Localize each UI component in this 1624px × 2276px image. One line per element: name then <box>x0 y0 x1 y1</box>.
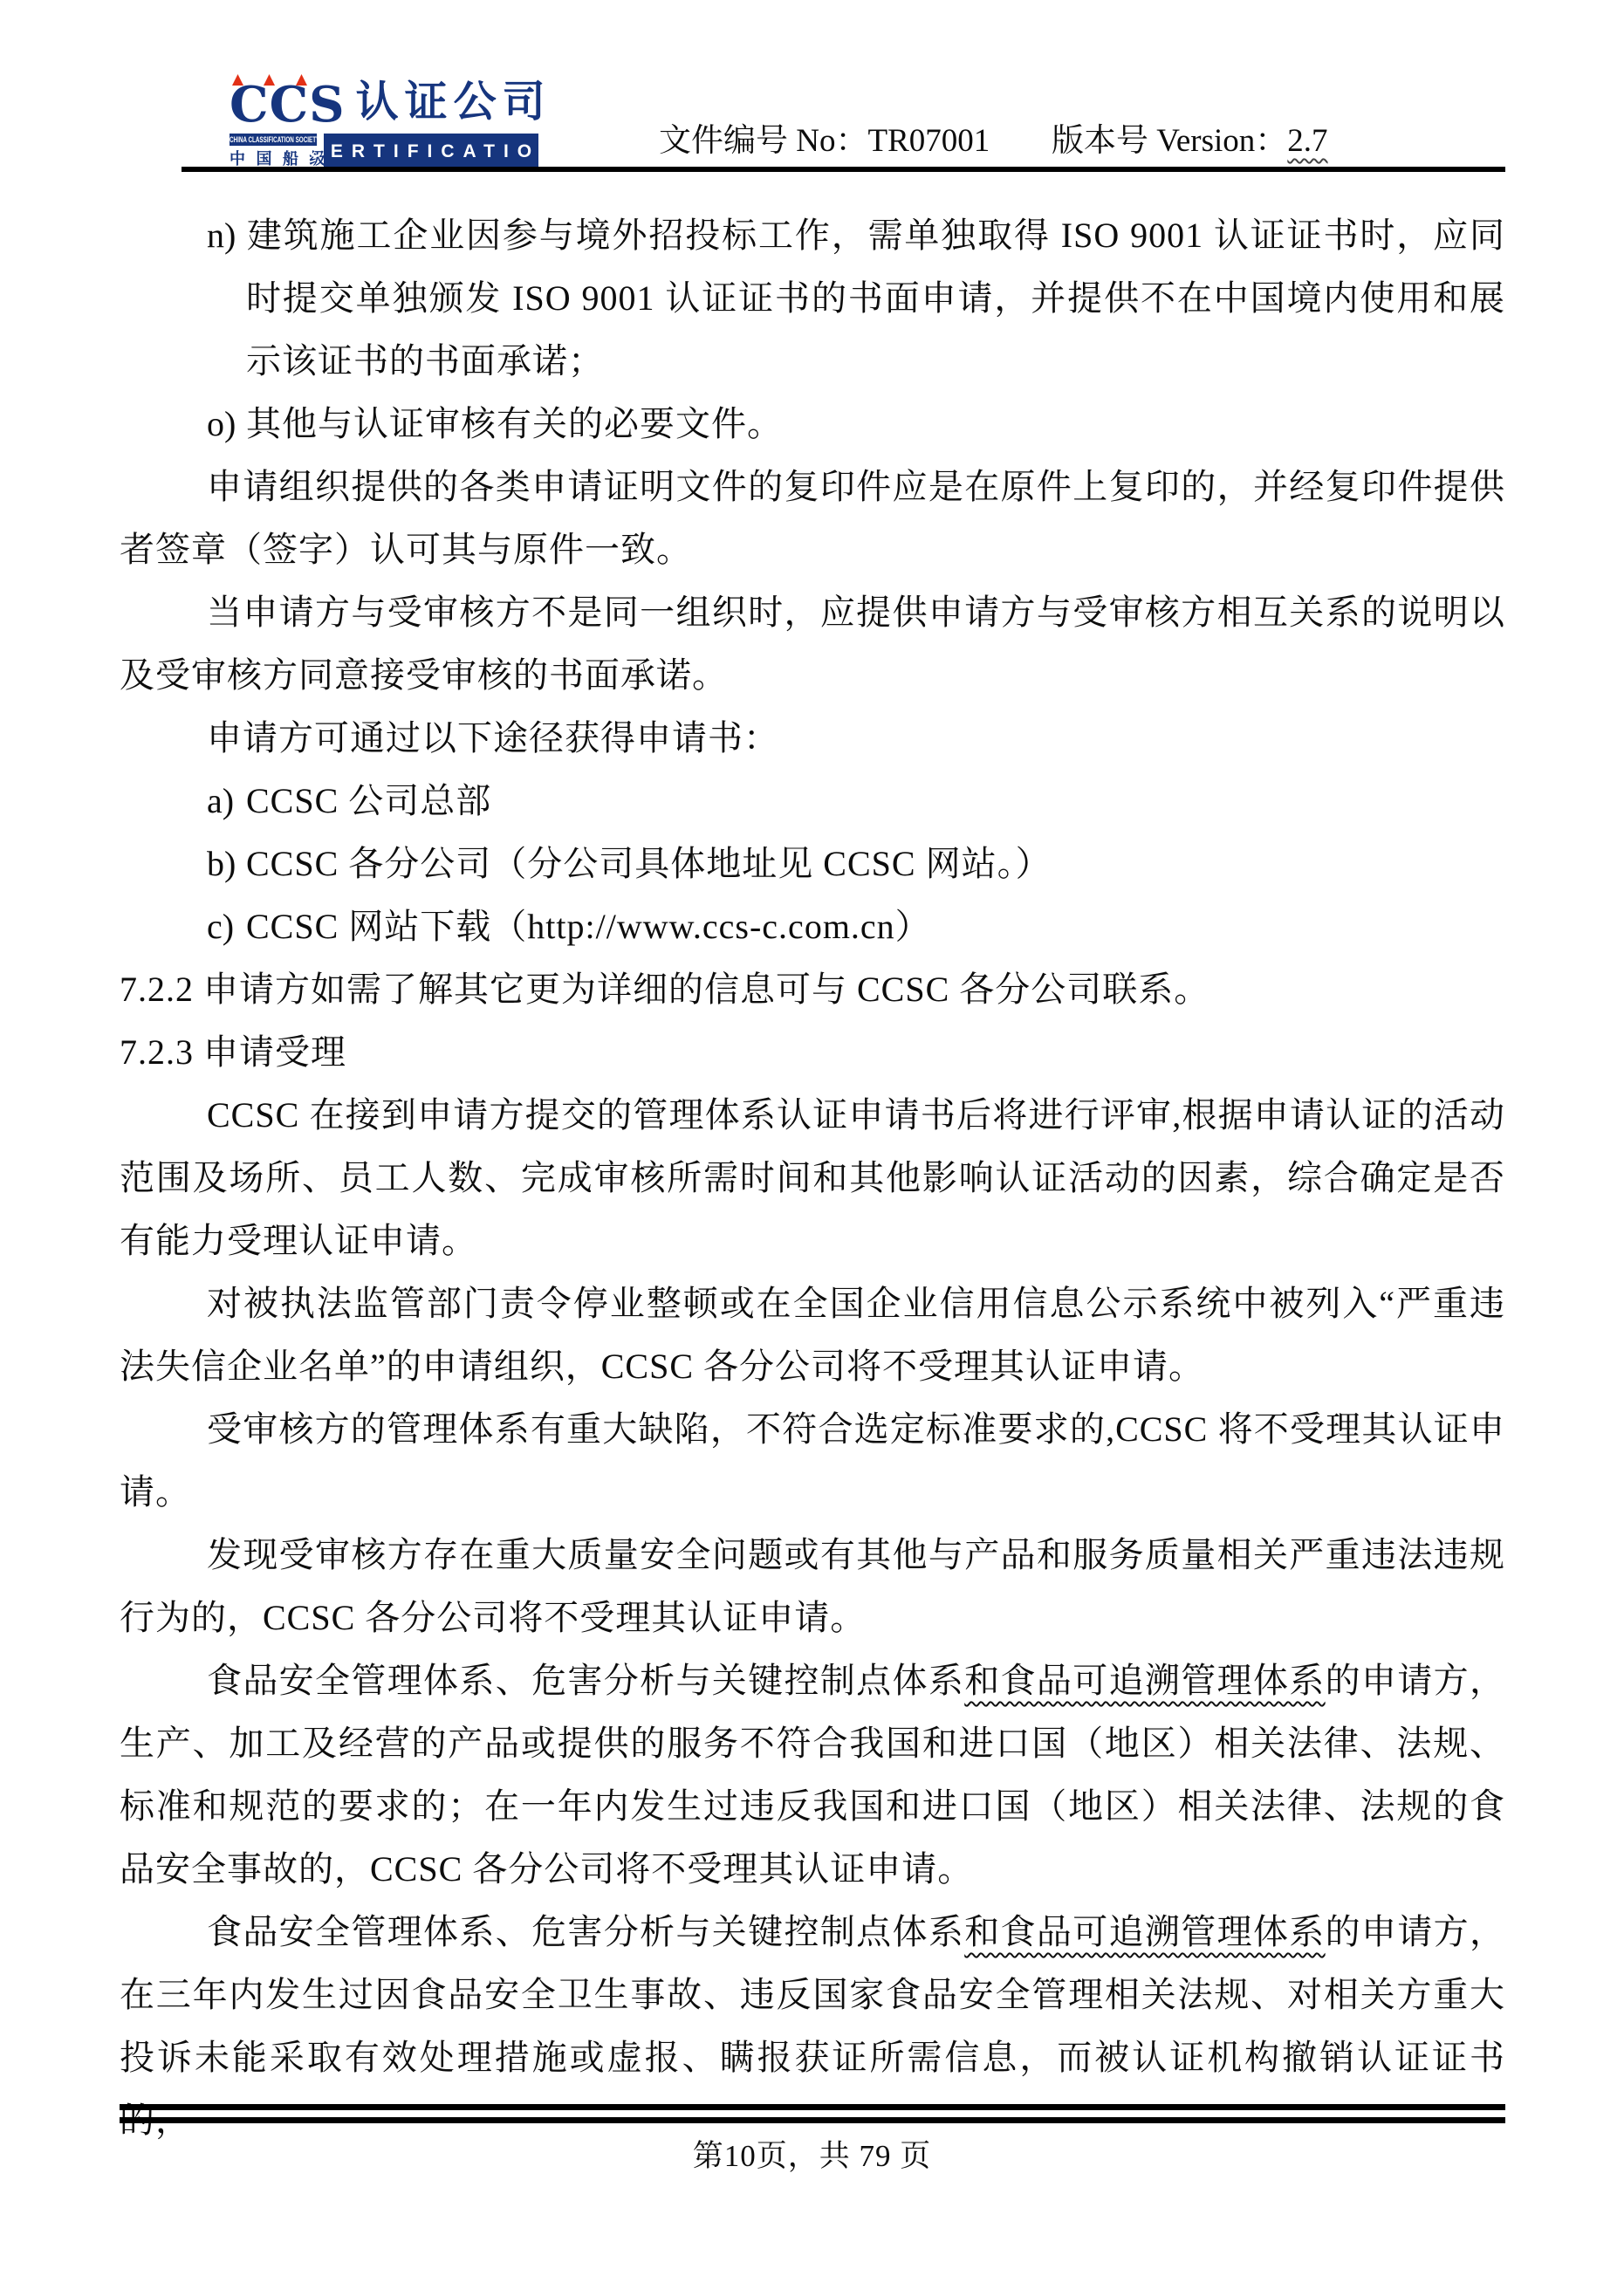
list-item: a)CCSC 公司总部 <box>120 770 1505 833</box>
paragraph: 申请方可通过以下途径获得申请书： <box>120 707 1505 770</box>
paragraph: 申请组织提供的各类申请证明文件的复印件应是在原件上复印的，并经复印件提供者签章（… <box>120 456 1505 581</box>
footer-divider-top <box>120 2104 1505 2110</box>
text-segment: 建筑施工企业因参与境外招投标工作，需单独取得 ISO 9001 认证证书时，应同… <box>246 216 1505 380</box>
paragraph: 发现受审核方存在重大质量安全问题或有其他与产品和服务质量相关严重违法违规行为的，… <box>120 1524 1505 1649</box>
text-segment: CCSC 各分公司（分公司具体地址见 CCSC 网站。） <box>246 844 1052 883</box>
page-number: 第10页，共 79 页 <box>0 2132 1624 2176</box>
text-segment: 食品安全管理体系、危害分析与关键控制点体系 <box>207 1912 964 1951</box>
footer-divider-bottom <box>120 2117 1505 2123</box>
list-marker: o) <box>120 393 246 456</box>
paragraph: 食品安全管理体系、危害分析与关键控制点体系和食品可追溯管理体系的申请方，在三年内… <box>120 1901 1505 2152</box>
text-segment: 7.2.3 申请受理 <box>120 1032 346 1072</box>
certification-banner: CERTIFICATION <box>324 134 538 169</box>
wavy-underlined-text: 和食品可追溯管理体系 <box>964 1661 1325 1700</box>
document-number: 文件编号 No：TR07001 <box>659 113 990 161</box>
list-item: c)CCSC 网站下载（http://www.ccs-c.com.cn） <box>120 895 1505 958</box>
text-segment: 申请方可通过以下途径获得申请书： <box>207 718 779 758</box>
document-page: CCS 认证公司 CHINA CLASSIFICATION SOCIETY 中 … <box>0 0 1624 2276</box>
list-marker: a) <box>120 770 246 833</box>
paragraph: 对被执法监管部门责令停业整顿或在全国企业信用信息公示系统中被列入“严重违法失信企… <box>120 1272 1505 1398</box>
section-heading: 7.2.2 申请方如需了解其它更为详细的信息可与 CCSC 各分公司联系。 <box>120 958 1505 1021</box>
list-marker: b) <box>120 833 246 895</box>
text-segment: 对被执法监管部门责令停业整顿或在全国企业信用信息公示系统中被列入“严重违法失信企… <box>120 1284 1505 1386</box>
paragraph: CCSC 在接到申请方提交的管理体系认证申请书后将进行评审,根据申请认证的活动范… <box>120 1084 1505 1272</box>
version-label: 版本号 Version： <box>1052 123 1287 159</box>
header-divider <box>182 167 1505 172</box>
list-marker: c) <box>120 895 246 958</box>
text-segment: 其他与认证审核有关的必要文件。 <box>246 404 783 443</box>
text-segment: 发现受审核方存在重大质量安全问题或有其他与产品和服务质量相关严重违法违规行为的，… <box>120 1535 1505 1637</box>
text-segment: 当申请方与受审核方不是同一组织时，应提供申请方与受审核方相互关系的说明以及受审核… <box>120 593 1505 695</box>
text-segment: 申请组织提供的各类申请证明文件的复印件应是在原件上复印的，并经复印件提供者签章（… <box>120 467 1505 569</box>
logo-bottom-row: CHINA CLASSIFICATION SOCIETY 中 国 船 级 社 C… <box>230 134 544 169</box>
version-value: 2.7 <box>1287 123 1327 159</box>
list-item: b)CCSC 各分公司（分公司具体地址见 CCSC 网站。） <box>120 833 1505 895</box>
society-name-en: CHINA CLASSIFICATION SOCIETY <box>230 134 317 146</box>
text-segment: 受审核方的管理体系有重大缺陷，不符合选定标准要求的,CCSC 将不受理其认证申请… <box>120 1409 1505 1512</box>
paragraph: 当申请方与受审核方不是同一组织时，应提供申请方与受审核方相互关系的说明以及受审核… <box>120 581 1505 707</box>
text-segment: CCSC 公司总部 <box>246 781 491 820</box>
list-marker: n) <box>120 204 246 267</box>
wavy-underlined-text: 和食品可追溯管理体系 <box>964 1912 1325 1951</box>
ccs-logo: CCS 认证公司 CHINA CLASSIFICATION SOCIETY 中 … <box>230 80 544 169</box>
text-segment: 食品安全管理体系、危害分析与关键控制点体系 <box>207 1661 964 1700</box>
paragraph: 受审核方的管理体系有重大缺陷，不符合选定标准要求的,CCSC 将不受理其认证申请… <box>120 1398 1505 1524</box>
ccs-logo-text: CCS <box>230 76 346 134</box>
document-body: n)建筑施工企业因参与境外招投标工作，需单独取得 ISO 9001 认证证书时，… <box>120 204 1505 2152</box>
paragraph: 食品安全管理体系、危害分析与关键控制点体系和食品可追溯管理体系的申请方，生产、加… <box>120 1649 1505 1901</box>
text-segment: 7.2.2 申请方如需了解其它更为详细的信息可与 CCSC 各分公司联系。 <box>120 970 1209 1009</box>
version-field: 版本号 Version：2.7 <box>1052 113 1328 161</box>
text-segment: CCSC 网站下载（http://www.ccs-c.com.cn） <box>246 907 931 946</box>
list-item: o)其他与认证审核有关的必要文件。 <box>120 393 1505 456</box>
section-heading: 7.2.3 申请受理 <box>120 1021 1505 1084</box>
ccs-logo-mark: CCS <box>230 80 346 129</box>
text-segment: CCSC 在接到申请方提交的管理体系认证申请书后将进行评审,根据申请认证的活动范… <box>120 1095 1505 1260</box>
classification-society-block: CHINA CLASSIFICATION SOCIETY 中 国 船 级 社 <box>230 134 317 169</box>
list-item: n)建筑施工企业因参与境外招投标工作，需单独取得 ISO 9001 认证证书时，… <box>120 204 1505 393</box>
logo-company-name: 认证公司 <box>356 80 552 123</box>
logo-top-row: CCS 认证公司 <box>230 80 544 129</box>
